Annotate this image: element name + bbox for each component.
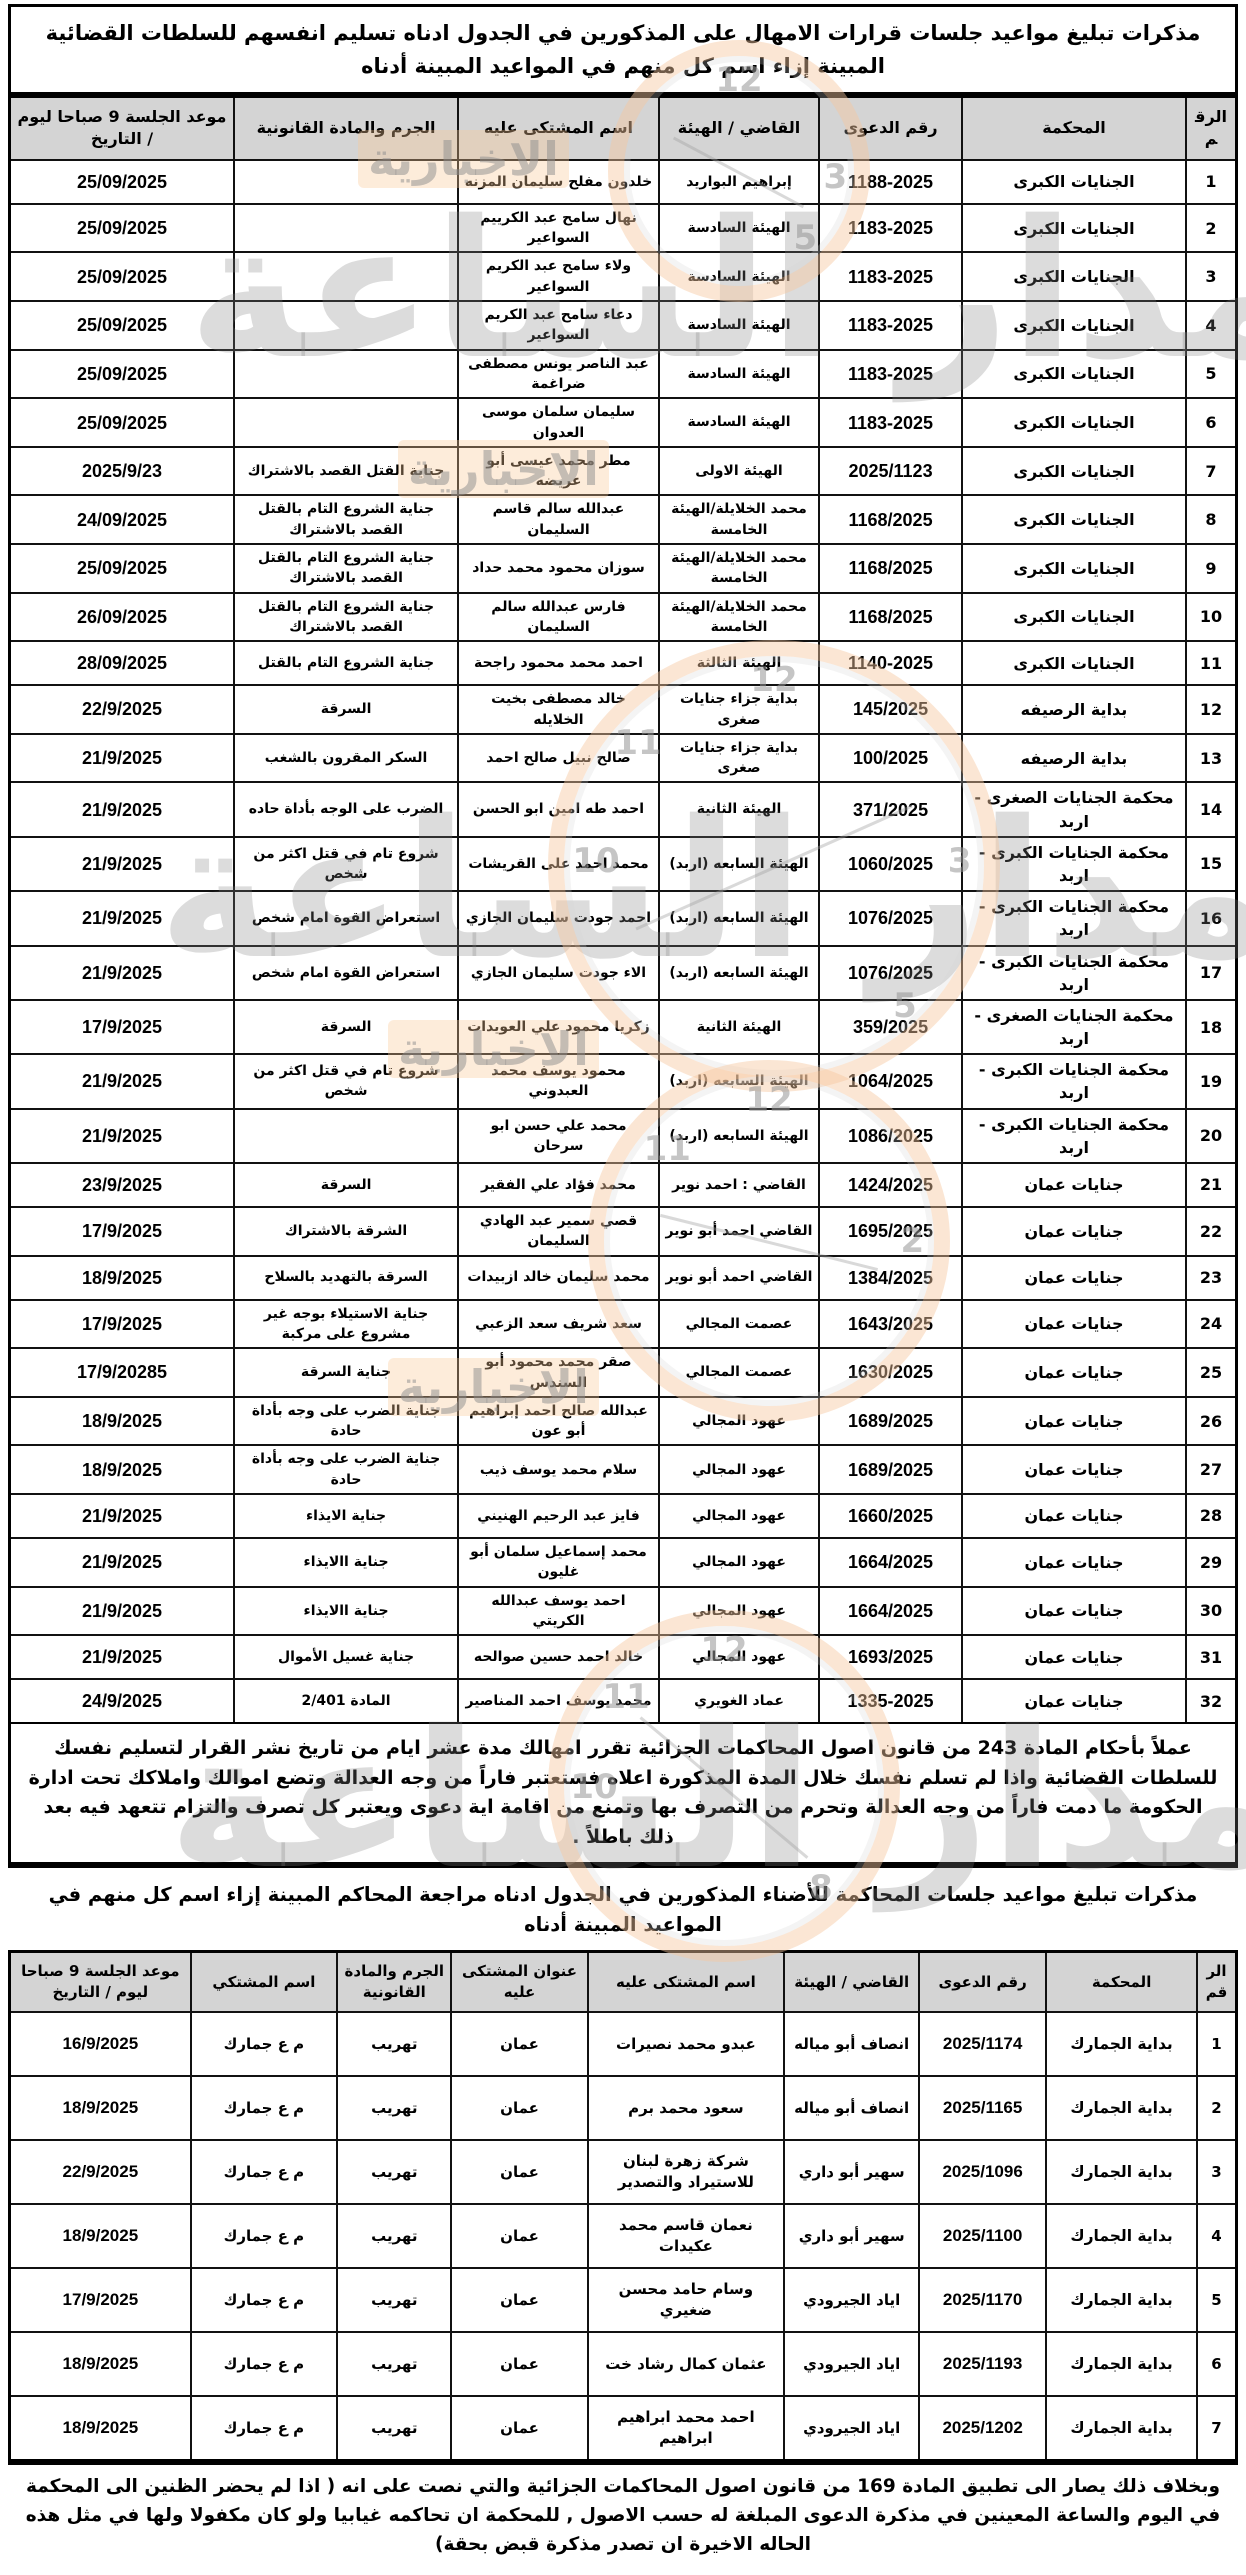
cell-session-date: 26/09/2025 xyxy=(10,593,235,642)
table-row: 3بداية الجمارك2025/1096سهير أبو داريشركة… xyxy=(10,2140,1237,2204)
cell-session-date: 18/9/2025 xyxy=(10,1445,235,1494)
cell-crime-article: السرقة xyxy=(234,1163,458,1207)
cell-judge-panel: عهود المجالي xyxy=(659,1635,819,1679)
cell-court: جنايات عمان xyxy=(962,1397,1186,1446)
cell-session-date: 25/09/2025 xyxy=(10,252,235,301)
table-row: 6بداية الجمارك2025/1193اياد الجيروديعثما… xyxy=(10,2332,1237,2396)
notice1-title: مذكرات تبليغ مواعيد جلسات قرارات الامهال… xyxy=(8,4,1238,95)
cell-defendant-address: عمان xyxy=(451,2396,587,2461)
cell-court: بداية الجمارك xyxy=(1046,2204,1197,2268)
cell-crime-article xyxy=(234,1109,458,1163)
cell-defendant-name: قصي سمير عبد الهادي السليمان xyxy=(458,1207,659,1256)
cell-case-number: 2025/1100 xyxy=(919,2204,1046,2268)
cell-case-number: 1188-2025 xyxy=(819,160,962,204)
legal-notices-page: مذكرات تبليغ مواعيد جلسات قرارات الامهال… xyxy=(8,0,1238,2575)
table-row: 4بداية الجمارك2025/1100سهير أبو دارينعما… xyxy=(10,2204,1237,2268)
cell-case-number: 1335-2025 xyxy=(819,1679,962,1724)
cell-session-date: 25/09/2025 xyxy=(10,398,235,447)
cell-court: الجنايات الكبرى xyxy=(962,495,1186,544)
cell-case-number: 1660/2025 xyxy=(819,1494,962,1538)
cell-judge-panel: الهيئة السادسة xyxy=(659,252,819,301)
cell-session-date: 17/9/2025 xyxy=(10,1300,235,1349)
cell-complainant-name: م ع جمارك xyxy=(191,2012,337,2076)
cell-complainant-name: م ع جمارك xyxy=(191,2332,337,2396)
table-row: 12بداية الرصيفه145/2025بداية جزاء جنايات… xyxy=(10,685,1237,734)
column-header-crime-article: الجرم والمادة القانونية xyxy=(234,97,458,160)
cell-case-number: 1664/2025 xyxy=(819,1538,962,1587)
article-169-paragraph: وبخلاف ذلك يصار الى تطبيق المادة 169 من … xyxy=(8,2462,1238,2569)
cell-court: بداية الجمارك xyxy=(1046,2332,1197,2396)
cell-defendant-name: خلدون مفلح سليمان المزنه xyxy=(458,160,659,204)
cell-judge-panel: الهيئة الثانية xyxy=(659,782,819,836)
table-row: 9الجنايات الكبرى1168/2025محمد الخلايلة/ا… xyxy=(10,544,1237,593)
cell-judge-panel: اياد الجيرودي xyxy=(784,2396,919,2461)
cell-case-number: 2025/1193 xyxy=(919,2332,1046,2396)
cell-case-number: 1689/2025 xyxy=(819,1397,962,1446)
cell-row-number: 27 xyxy=(1186,1445,1237,1494)
cell-defendant-name: عبدو محمد نصيرات xyxy=(588,2012,785,2076)
cell-judge-panel: عهود المجالي xyxy=(659,1587,819,1636)
column-header-court: المحكمة xyxy=(1046,1952,1197,2013)
cell-session-date: 28/09/2025 xyxy=(10,641,235,685)
cell-court: بداية الجمارك xyxy=(1046,2396,1197,2461)
cell-court: محكمة الجنايات الكبرى - اربد xyxy=(962,837,1186,891)
cell-crime-article xyxy=(234,252,458,301)
table-row: 20محكمة الجنايات الكبرى - اربد1086/2025ا… xyxy=(10,1109,1237,1163)
cell-session-date: 25/09/2025 xyxy=(10,350,235,399)
cell-case-number: 1630/2025 xyxy=(819,1348,962,1397)
cell-court: الجنايات الكبرى xyxy=(962,544,1186,593)
table-row: 1بداية الجمارك2025/1174انصاف أبو ميالهعب… xyxy=(10,2012,1237,2076)
cell-case-number: 1424/2025 xyxy=(819,1163,962,1207)
cell-crime-article: جناية الشروع التام بالقتل القصد بالاشترا… xyxy=(234,593,458,642)
cell-judge-panel: الهيئة السادسة xyxy=(659,301,819,350)
cell-row-number: 5 xyxy=(1197,2268,1236,2332)
cell-court: بداية الجمارك xyxy=(1046,2268,1197,2332)
cell-case-number: 371/2025 xyxy=(819,782,962,836)
cell-court: بداية الرصيفه xyxy=(962,734,1186,783)
cell-row-number: 16 xyxy=(1186,891,1237,945)
cell-row-number: 17 xyxy=(1186,946,1237,1000)
cell-crime-article xyxy=(234,350,458,399)
cell-judge-panel: الهيئة الاولى xyxy=(659,447,819,496)
table-row: 15محكمة الجنايات الكبرى - اربد1060/2025ا… xyxy=(10,837,1237,891)
cell-crime-article: شروع تام في قتل اكثر من شخص xyxy=(234,837,458,891)
cell-session-date: 23/9/2025 xyxy=(10,1163,235,1207)
cell-judge-panel: الهيئة السادسة xyxy=(659,350,819,399)
cell-row-number: 12 xyxy=(1186,685,1237,734)
cell-session-date: 21/9/2025 xyxy=(10,1109,235,1163)
cell-row-number: 7 xyxy=(1197,2396,1236,2461)
cell-session-date: 17/9/20285 xyxy=(10,1348,235,1397)
cell-court: الجنايات الكبرى xyxy=(962,593,1186,642)
cell-crime-article: جناية الضرب على وجه بأداة حادة xyxy=(234,1445,458,1494)
cell-defendant-name: سعد شريف سعد الزعبي xyxy=(458,1300,659,1349)
cell-case-number: 1168/2025 xyxy=(819,544,962,593)
table-row: 3الجنايات الكبرى1183-2025الهيئة السادسةو… xyxy=(10,252,1237,301)
cell-court: الجنايات الكبرى xyxy=(962,447,1186,496)
cell-case-number: 1076/2025 xyxy=(819,891,962,945)
cell-row-number: 29 xyxy=(1186,1538,1237,1587)
cell-complainant-name: م ع جمارك xyxy=(191,2076,337,2140)
cell-defendant-name: احمد جودت سليمان الجازي xyxy=(458,891,659,945)
cell-defendant-name: نهال سامح عبد الكرييم السواعير xyxy=(458,204,659,253)
cell-defendant-name: عبدالله سالم قاسم السليمان xyxy=(458,495,659,544)
cell-judge-panel: محمد الخلايلة/الهيئة الخامسة xyxy=(659,593,819,642)
cell-case-number: 2025/1123 xyxy=(819,447,962,496)
cell-complainant-name: م ع جمارك xyxy=(191,2396,337,2461)
cell-court: محكمة الجنايات الكبرى - اربد xyxy=(962,946,1186,1000)
cell-row-number: 10 xyxy=(1186,593,1237,642)
cell-crime-article: تهريب xyxy=(337,2204,451,2268)
cell-crime-article xyxy=(234,160,458,204)
cell-defendant-name: نعمان قاسم محمد عكيدات xyxy=(588,2204,785,2268)
cell-complainant-name: م ع جمارك xyxy=(191,2268,337,2332)
cell-row-number: 21 xyxy=(1186,1163,1237,1207)
cell-crime-article: تهريب xyxy=(337,2268,451,2332)
cell-court: جنايات عمان xyxy=(962,1494,1186,1538)
cell-row-number: 7 xyxy=(1186,447,1237,496)
cell-case-number: 1060/2025 xyxy=(819,837,962,891)
cell-court: الجنايات الكبرى xyxy=(962,204,1186,253)
cell-session-date: 21/9/2025 xyxy=(10,1494,235,1538)
cell-crime-article: جناية غسيل الأموال xyxy=(234,1635,458,1679)
cell-defendant-name: زكريا محمود علي العويدات xyxy=(458,1000,659,1054)
cell-session-date: 25/09/2025 xyxy=(10,204,235,253)
cell-defendant-address: عمان xyxy=(451,2012,587,2076)
table-row: 5الجنايات الكبرى1183-2025الهيئة السادسةع… xyxy=(10,350,1237,399)
cell-case-number: 2025/1174 xyxy=(919,2012,1046,2076)
cell-judge-panel: القاضي : احمد نوير xyxy=(659,1163,819,1207)
cell-defendant-name: محمد احمد على القريشات xyxy=(458,837,659,891)
cell-row-number: 8 xyxy=(1186,495,1237,544)
header-row: الرقمالمحكمةرقم الدعوىالقاضي / الهيئةاسم… xyxy=(10,97,1237,160)
cell-defendant-name: فارس عبدالله سالم السليمان xyxy=(458,593,659,642)
cell-case-number: 1693/2025 xyxy=(819,1635,962,1679)
table-row: 1الجنايات الكبرى1188-2025إبراهيم البواري… xyxy=(10,160,1237,204)
cell-crime-article: الضرب على الوجه بأداة حاده xyxy=(234,782,458,836)
table-row: 6الجنايات الكبرى1183-2025الهيئة السادسةس… xyxy=(10,398,1237,447)
cell-session-date: 16/9/2025 xyxy=(10,2012,191,2076)
cell-crime-article xyxy=(234,301,458,350)
cell-court: جنايات عمان xyxy=(962,1538,1186,1587)
table-row: 13بداية الرصيفه100/2025بداية جزاء جنايات… xyxy=(10,734,1237,783)
cell-defendant-name: عثمان كمال رشاد خت xyxy=(588,2332,785,2396)
cell-crime-article: تهريب xyxy=(337,2140,451,2204)
cell-court: جنايات عمان xyxy=(962,1163,1186,1207)
cell-court: جنايات عمان xyxy=(962,1635,1186,1679)
cell-case-number: 1643/2025 xyxy=(819,1300,962,1349)
cell-row-number: 9 xyxy=(1186,544,1237,593)
cell-row-number: 13 xyxy=(1186,734,1237,783)
cell-case-number: 1183-2025 xyxy=(819,398,962,447)
cell-court: محكمة الجنايات الكبرى - اربد xyxy=(962,891,1186,945)
cell-judge-panel: القاضي احمد أبو نوير xyxy=(659,1207,819,1256)
cell-defendant-name: ولاء سامح عبد الكريم السواعير xyxy=(458,252,659,301)
column-header-crime-article: الجرم والمادة القانونية xyxy=(337,1952,451,2013)
cell-judge-panel: محمد الخلايلة/الهيئة الخامسة xyxy=(659,544,819,593)
cell-crime-article: السرقة xyxy=(234,1000,458,1054)
table-row: 17محكمة الجنايات الكبرى - اربد1076/2025ا… xyxy=(10,946,1237,1000)
cell-row-number: 2 xyxy=(1186,204,1237,253)
cell-court: محكمة الجنايات الكبرى - اربد xyxy=(962,1109,1186,1163)
table-row: 18محكمة الجنايات الصغرى - اربد359/2025ال… xyxy=(10,1000,1237,1054)
customs-trials-table: الرقمالمحكمةرقم الدعوىالقاضي / الهيئةاسم… xyxy=(8,1950,1238,2462)
cell-row-number: 32 xyxy=(1186,1679,1237,1724)
cell-row-number: 1 xyxy=(1197,2012,1236,2076)
cell-court: محكمة الجنايات الكبرى - اربد xyxy=(962,1054,1186,1108)
cell-judge-panel: اياد الجيرودي xyxy=(784,2268,919,2332)
cell-session-date: 21/9/2025 xyxy=(10,1587,235,1636)
cell-court: بداية الجمارك xyxy=(1046,2012,1197,2076)
cell-defendant-name: محمد يوسف احمد المناصير xyxy=(458,1679,659,1724)
cell-case-number: 359/2025 xyxy=(819,1000,962,1054)
cell-crime-article: تهريب xyxy=(337,2012,451,2076)
cell-session-date: 25/09/2025 xyxy=(10,160,235,204)
table-row: 2الجنايات الكبرى1183-2025الهيئة السادسةن… xyxy=(10,204,1237,253)
cell-court: جنايات عمان xyxy=(962,1207,1186,1256)
cell-crime-article xyxy=(234,398,458,447)
table-row: 23جنايات عمان1384/2025القاضي احمد أبو نو… xyxy=(10,1256,1237,1300)
cell-session-date: 25/09/2025 xyxy=(10,301,235,350)
cell-case-number: 1168/2025 xyxy=(819,593,962,642)
cell-crime-article: تهريب xyxy=(337,2396,451,2461)
cell-session-date: 17/9/2025 xyxy=(10,2268,191,2332)
cell-crime-article: جناية االايذاء xyxy=(234,1538,458,1587)
cell-crime-article: شروع تام في قتل اكثر من شخص xyxy=(234,1054,458,1108)
table-row: 26جنايات عمان1689/2025عهود المجاليعبدالل… xyxy=(10,1397,1237,1446)
cell-complainant-name: م ع جمارك xyxy=(191,2140,337,2204)
cell-judge-panel: عماد الغويري xyxy=(659,1679,819,1724)
cell-session-date: 22/9/2025 xyxy=(10,2140,191,2204)
cell-crime-article: الشرقة بالاشتراك xyxy=(234,1207,458,1256)
cell-court: الجنايات الكبرى xyxy=(962,641,1186,685)
cell-court: جنايات عمان xyxy=(962,1348,1186,1397)
cell-row-number: 4 xyxy=(1186,301,1237,350)
cell-row-number: 6 xyxy=(1197,2332,1236,2396)
cell-judge-panel: الهيئة الثالثة xyxy=(659,641,819,685)
cell-crime-article: المادة 2/401 xyxy=(234,1679,458,1724)
cell-court: جنايات عمان xyxy=(962,1256,1186,1300)
cell-row-number: 2 xyxy=(1197,2076,1236,2140)
cell-defendant-name: محمد سليمان خالد ازبيدات xyxy=(458,1256,659,1300)
cell-defendant-name: محمد فؤاد علي الفقير xyxy=(458,1163,659,1207)
cell-row-number: 1 xyxy=(1186,160,1237,204)
cell-defendant-name: سليمان سلمان موسى العدوان xyxy=(458,398,659,447)
cell-crime-article: جناية االايذاء xyxy=(234,1587,458,1636)
table-row: 2بداية الجمارك2025/1165انصاف أبو ميالهسع… xyxy=(10,2076,1237,2140)
table-row: 7الجنايات الكبرى2025/1123الهيئة الاولىمط… xyxy=(10,447,1237,496)
imhal-decisions-table: الرقمالمحكمةرقم الدعوىالقاضي / الهيئةاسم… xyxy=(8,95,1238,1725)
cell-defendant-name: احمد طه امين ابو الحسن xyxy=(458,782,659,836)
cell-court: الجنايات الكبرى xyxy=(962,160,1186,204)
cell-crime-article: تهريب xyxy=(337,2332,451,2396)
cell-case-number: 1183-2025 xyxy=(819,350,962,399)
cell-case-number: 2025/1202 xyxy=(919,2396,1046,2461)
cell-session-date: 24/09/2025 xyxy=(10,495,235,544)
cell-session-date: 21/9/2025 xyxy=(10,1054,235,1108)
cell-court: جنايات عمان xyxy=(962,1587,1186,1636)
cell-session-date: 18/9/2025 xyxy=(10,1397,235,1446)
cell-judge-panel: الهيئة السابعه (اربد) xyxy=(659,946,819,1000)
cell-session-date: 21/9/2025 xyxy=(10,837,235,891)
cell-judge-panel: الهيئة الثانية xyxy=(659,1000,819,1054)
cell-case-number: 1695/2025 xyxy=(819,1207,962,1256)
cell-session-date: 21/9/2025 xyxy=(10,1635,235,1679)
column-header-row-number: الرقم xyxy=(1197,1952,1236,2013)
cell-session-date: 21/9/2025 xyxy=(10,782,235,836)
cell-defendant-address: عمان xyxy=(451,2140,587,2204)
cell-judge-panel: اياد الجيرودي xyxy=(784,2332,919,2396)
table-row: 31جنايات عمان1693/2025عهود المجاليخالد ا… xyxy=(10,1635,1237,1679)
cell-court: بداية الرصيفه xyxy=(962,685,1186,734)
cell-row-number: 20 xyxy=(1186,1109,1237,1163)
cell-case-number: 145/2025 xyxy=(819,685,962,734)
cell-crime-article: تهريب xyxy=(337,2076,451,2140)
table-row: 14محكمة الجنايات الصغرى - اربد371/2025ال… xyxy=(10,782,1237,836)
cell-defendant-name: محمد علي حسن ابو سرحان xyxy=(458,1109,659,1163)
cell-defendant-name: محمد إسماعيل سلمان أبو غليون xyxy=(458,1538,659,1587)
cell-session-date: 22/9/2025 xyxy=(10,685,235,734)
cell-case-number: 2025/1165 xyxy=(919,2076,1046,2140)
cell-defendant-address: عمان xyxy=(451,2332,587,2396)
table-row: 4الجنايات الكبرى1183-2025الهيئة السادسةد… xyxy=(10,301,1237,350)
table-row: 24جنايات عمان1643/2025عصمت المجاليسعد شر… xyxy=(10,1300,1237,1349)
cell-case-number: 1064/2025 xyxy=(819,1054,962,1108)
cell-judge-panel: القاضي احمد أبو نوير xyxy=(659,1256,819,1300)
cell-row-number: 19 xyxy=(1186,1054,1237,1108)
column-header-session-date: موعد الجلسة 9 صباحا ليوم / التاريخ xyxy=(10,97,235,160)
cell-defendant-name: محمود يوسف محمد العبدوني xyxy=(458,1054,659,1108)
cell-case-number: 2025/1170 xyxy=(919,2268,1046,2332)
cell-defendant-name: خالد مصطفى بخيت الخلايله xyxy=(458,685,659,734)
cell-judge-panel: عهود المجالي xyxy=(659,1538,819,1587)
column-header-row-number: الرقم xyxy=(1186,97,1237,160)
cell-judge-panel: محمد الخلايلة/الهيئة الخامسة xyxy=(659,495,819,544)
cell-defendant-name: احمد محمد ابراهيم ابراهيم xyxy=(588,2396,785,2461)
cell-session-date: 17/9/2025 xyxy=(10,1000,235,1054)
cell-row-number: 3 xyxy=(1197,2140,1236,2204)
cell-session-date: 21/9/2025 xyxy=(10,1538,235,1587)
cell-judge-panel: بداية جزاء جنايات صغرى xyxy=(659,734,819,783)
column-header-defendant-name: اسم المشتكى عليه xyxy=(458,97,659,160)
cell-judge-panel: إبراهيم البواريد xyxy=(659,160,819,204)
cell-row-number: 31 xyxy=(1186,1635,1237,1679)
article-243-paragraph: عملاً بأحكام المادة 243 من قانون اصول ال… xyxy=(8,1722,1238,1865)
cell-defendant-name: الاء جودت سليمان الجازي xyxy=(458,946,659,1000)
cell-session-date: 21/9/2025 xyxy=(10,891,235,945)
cell-case-number: 1086/2025 xyxy=(819,1109,962,1163)
table-row: 32جنايات عمان1335-2025عماد الغويريمحمد ي… xyxy=(10,1679,1237,1724)
cell-judge-panel: الهيئة السابعه (اربد) xyxy=(659,837,819,891)
cell-row-number: 6 xyxy=(1186,398,1237,447)
cell-crime-article: السرقة xyxy=(234,685,458,734)
cell-defendant-name: مطر محمد عيسى أبو عريضه xyxy=(458,447,659,496)
cell-judge-panel: انصاف أبو مياله xyxy=(784,2076,919,2140)
table-row: 11الجنايات الكبرى1140-2025الهيئة الثالثة… xyxy=(10,641,1237,685)
cell-defendant-name: خالد احمد حسين صوالحه xyxy=(458,1635,659,1679)
cell-court: محكمة الجنايات الصغرى - اربد xyxy=(962,782,1186,836)
cell-defendant-name: سعود محمد برم xyxy=(588,2076,785,2140)
cell-crime-article: السكر المقرون بالشغب xyxy=(234,734,458,783)
cell-crime-article: جناية الشروع التام بالقتل xyxy=(234,641,458,685)
cell-judge-panel: الهيئة السابعه (اربد) xyxy=(659,1054,819,1108)
cell-row-number: 30 xyxy=(1186,1587,1237,1636)
cell-judge-panel: الهيئة السابعه (اربد) xyxy=(659,1109,819,1163)
cell-court: الجنايات الكبرى xyxy=(962,301,1186,350)
cell-row-number: 5 xyxy=(1186,350,1237,399)
cell-crime-article: جناية الشروع التام بالقتل القصد بالاشترا… xyxy=(234,544,458,593)
cell-court: جنايات عمان xyxy=(962,1445,1186,1494)
column-header-case-number: رقم الدعوى xyxy=(819,97,962,160)
cell-defendant-address: عمان xyxy=(451,2268,587,2332)
cell-case-number: 100/2025 xyxy=(819,734,962,783)
column-header-session-date: موعد الجلسة 9 صباحا ليوم / التاريخ xyxy=(10,1952,191,2013)
cell-session-date: 18/9/2025 xyxy=(10,2204,191,2268)
table-row: 10الجنايات الكبرى1168/2025محمد الخلايلة/… xyxy=(10,593,1237,642)
cell-session-date: 21/9/2025 xyxy=(10,946,235,1000)
column-header-defendant-name: اسم المشتكى عليه xyxy=(588,1952,785,2013)
cell-defendant-address: عمان xyxy=(451,2204,587,2268)
cell-judge-panel: عهود المجالي xyxy=(659,1445,819,1494)
cell-crime-article: جناية الاستيلاء بوجه غير مشروع على مركبة xyxy=(234,1300,458,1349)
notice2-title: مذكرات تبليغ مواعيد جلسات المحاكمة للأضن… xyxy=(8,1865,1238,1950)
table-row: 27جنايات عمان1689/2025عهود المجاليسلام م… xyxy=(10,1445,1237,1494)
cell-judge-panel: عهود المجالي xyxy=(659,1494,819,1538)
cell-session-date: 2025/9/23 xyxy=(10,447,235,496)
cell-defendant-name: احمد محمد محمود راجحة xyxy=(458,641,659,685)
cell-crime-article: استعراض القوة امام شخص xyxy=(234,891,458,945)
table-row: 5بداية الجمارك2025/1170اياد الجيروديوسام… xyxy=(10,2268,1237,2332)
table-row: 8الجنايات الكبرى1168/2025محمد الخلايلة/ا… xyxy=(10,495,1237,544)
column-header-defendant-address: عنوان المشتكى عليه xyxy=(451,1952,587,2013)
cell-judge-panel: سهير أبو داري xyxy=(784,2204,919,2268)
cell-complainant-name: م ع جمارك xyxy=(191,2204,337,2268)
cell-crime-article xyxy=(234,204,458,253)
cell-case-number: 1168/2025 xyxy=(819,495,962,544)
cell-case-number: 1183-2025 xyxy=(819,301,962,350)
column-header-judge-panel: القاضي / الهيئة xyxy=(784,1952,919,2013)
cell-defendant-name: صالح نبيل صالح احمد xyxy=(458,734,659,783)
cell-court: جنايات عمان xyxy=(962,1300,1186,1349)
table-row: 19محكمة الجنايات الكبرى - اربد1064/2025ا… xyxy=(10,1054,1237,1108)
cell-defendant-name: عبد الناصر يونس مصطفى ضراغمة xyxy=(458,350,659,399)
cell-judge-panel: عصمت المجالي xyxy=(659,1300,819,1349)
table-row: 16محكمة الجنايات الكبرى - اربد1076/2025ا… xyxy=(10,891,1237,945)
cell-session-date: 18/9/2025 xyxy=(10,2396,191,2461)
cell-judge-panel: عصمت المجالي xyxy=(659,1348,819,1397)
cell-row-number: 25 xyxy=(1186,1348,1237,1397)
cell-court: الجنايات الكبرى xyxy=(962,252,1186,301)
cell-case-number: 1664/2025 xyxy=(819,1587,962,1636)
cell-crime-article: جناية الايذاء xyxy=(234,1494,458,1538)
cell-row-number: 28 xyxy=(1186,1494,1237,1538)
cell-court: الجنايات الكبرى xyxy=(962,398,1186,447)
cell-row-number: 24 xyxy=(1186,1300,1237,1349)
table-row: 25جنايات عمان1630/2025عصمت المجاليصقر مح… xyxy=(10,1348,1237,1397)
cell-row-number: 18 xyxy=(1186,1000,1237,1054)
cell-defendant-name: سوزان محمود محمد حداد xyxy=(458,544,659,593)
cell-session-date: 18/9/2025 xyxy=(10,2076,191,2140)
column-header-court: المحكمة xyxy=(962,97,1186,160)
cell-case-number: 1183-2025 xyxy=(819,252,962,301)
cell-case-number: 1076/2025 xyxy=(819,946,962,1000)
cell-court: بداية الجمارك xyxy=(1046,2076,1197,2140)
cell-defendant-name: دعاء سامح عبد الكريم السواعير xyxy=(458,301,659,350)
cell-crime-article: جناية السرقة xyxy=(234,1348,458,1397)
cell-row-number: 11 xyxy=(1186,641,1237,685)
cell-judge-panel: الهيئة السادسة xyxy=(659,398,819,447)
